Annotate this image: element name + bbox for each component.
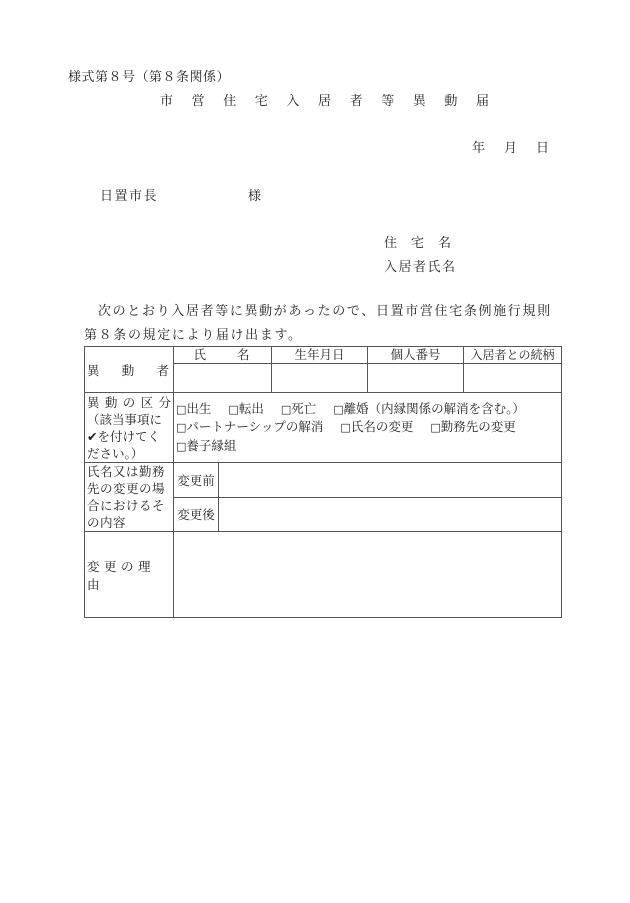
before-change-input[interactable] bbox=[219, 463, 562, 498]
body-text: 次のとおり入居者等に異動があったので、日置市営住宅条例施行規則第８条の規定により… bbox=[84, 300, 564, 348]
checkbox-icon: □ bbox=[333, 403, 343, 416]
mover-personal-number-input[interactable] bbox=[368, 364, 464, 393]
checkbox-icon: □ bbox=[430, 421, 440, 434]
after-change-label: 変更後 bbox=[174, 497, 219, 532]
checkbox-name-change[interactable]: □氏名の変更 bbox=[340, 419, 413, 434]
honorific: 様 bbox=[248, 185, 261, 204]
mover-name-input[interactable] bbox=[174, 364, 272, 393]
col-header-relationship: 入居者との続柄 bbox=[464, 347, 562, 364]
checkbox-icon: □ bbox=[176, 440, 186, 453]
mover-label: 異 動 者 bbox=[85, 347, 174, 393]
month-label: 月 bbox=[504, 137, 536, 156]
checkbox-icon: □ bbox=[281, 403, 291, 416]
after-change-input[interactable] bbox=[219, 497, 562, 532]
checkbox-icon: □ bbox=[176, 403, 186, 416]
reason-input[interactable] bbox=[174, 532, 562, 618]
day-label: 日 bbox=[536, 137, 549, 156]
checkbox-workplace-change[interactable]: □勤務先の変更 bbox=[430, 419, 515, 434]
checkbox-death[interactable]: □死亡 bbox=[281, 401, 316, 416]
housing-name-label: 住宅名 bbox=[384, 232, 465, 251]
checkbox-icon: □ bbox=[340, 421, 350, 434]
checkbox-divorce[interactable]: □離婚（内縁関係の解消を含む。） bbox=[333, 401, 525, 416]
checkbox-icon: □ bbox=[176, 421, 186, 434]
category-options: □出生 □転出 □死亡 □離婚（内縁関係の解消を含む。） □パートナーシップの解… bbox=[174, 393, 562, 463]
year-label: 年 bbox=[472, 137, 504, 156]
col-header-personal-number: 個人番号 bbox=[368, 347, 464, 364]
category-label: 異動の区分 （該当事項に ✔を付けてく ださい。） bbox=[85, 393, 174, 463]
checkbox-icon: □ bbox=[228, 403, 238, 416]
change-notification-table: 異 動 者 氏 名 生年月日 個人番号 入居者との続柄 異動の区分 （該当事項に… bbox=[84, 346, 562, 618]
date-field[interactable]: 年月日 bbox=[472, 137, 549, 156]
document-title: 市営住宅入居者等異動届 bbox=[160, 90, 508, 109]
addressee: 日置市長 bbox=[100, 185, 158, 204]
reason-label: 変更の理由 bbox=[85, 532, 174, 618]
checkbox-birth[interactable]: □出生 bbox=[176, 401, 211, 416]
checkbox-partnership-dissolution[interactable]: □パートナーシップの解消 bbox=[176, 419, 323, 434]
col-header-name: 氏 名 bbox=[174, 347, 272, 364]
resident-name-label: 入居者氏名 bbox=[384, 256, 457, 275]
mover-relationship-input[interactable] bbox=[464, 364, 562, 393]
before-change-label: 変更前 bbox=[174, 463, 219, 498]
checkbox-adoption[interactable]: □養子縁組 bbox=[176, 438, 236, 453]
form-number: 様式第８号（第８条関係） bbox=[68, 66, 230, 85]
col-header-birthdate: 生年月日 bbox=[272, 347, 368, 364]
checkbox-move-out[interactable]: □転出 bbox=[228, 401, 263, 416]
mover-birthdate-input[interactable] bbox=[272, 364, 368, 393]
change-content-label: 氏名又は勤務先の変更の場合におけるその内容 bbox=[85, 463, 174, 532]
